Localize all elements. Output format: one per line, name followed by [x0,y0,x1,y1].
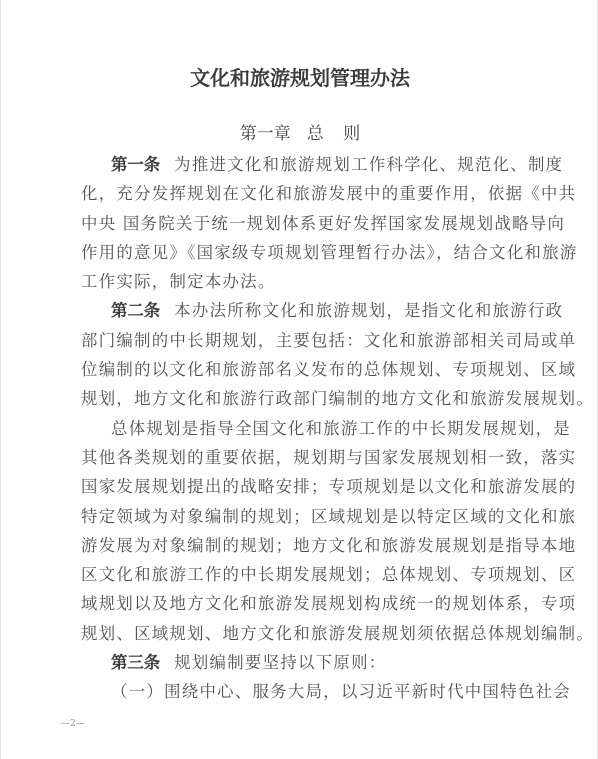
document-page: 文化和旅游规划管理办法 第一章总 则 第一条为推进文化和旅游规划工作科学化、规范… [0,0,598,759]
article-1-line-4: 作用的意见》《国家级专项规划管理暂行办法》，结合文化和旅游 [81,238,505,267]
paragraph-line-3: 国家发展规划提出的战略安排；专项规划是以文化和旅游发展的 [81,472,505,501]
article-1-line-5: 工作实际，制定本办法。 [81,267,505,296]
article-2-line-1: 第二条本办法所称文化和旅游规划，是指文化和旅游行政 [81,296,505,325]
document-body: 第一条为推进文化和旅游规划工作科学化、规范化、制度 化，充分发挥规划在文化和旅游… [81,150,505,707]
page-number: —2— [61,719,85,729]
article-text: 规划编制要坚持以下原则： [174,653,386,672]
article-1-line-2: 化，充分发挥规划在文化和旅游发展中的重要作用，依据《中共 [81,179,505,208]
article-text: 本办法所称文化和旅游规划，是指文化和旅游行政 [174,301,563,320]
paragraph-line-8: 规划、区域规划、地方文化和旅游发展规划须依据总体规划编制。 [81,619,505,648]
paragraph-line-1: 总体规划是指导全国文化和旅游工作的中长期发展规划，是 [81,414,505,443]
article-1-line-1: 第一条为推进文化和旅游规划工作科学化、规范化、制度 [81,150,505,179]
paragraph-line-6: 区文化和旅游工作的中长期发展规划；总体规划、专项规划、区 [81,560,505,589]
chapter-number: 第一章 [240,124,291,144]
article-label: 第二条 [111,301,160,320]
article-3-line-1: 第三条规划编制要坚持以下原则： [81,648,505,677]
article-1-line-3: 中央 国务院关于统一规划体系更好发挥国家发展规划战略导向 [81,209,505,238]
article-2-line-4: 规划，地方文化和旅游行政部门编制的地方文化和旅游发展规划。 [81,384,505,413]
chapter-heading: 第一章总 则 [1,119,598,144]
article-label: 第三条 [111,653,160,672]
paragraph-line-2: 其他各类规划的重要依据，规划期与国家发展规划相一致，落实 [81,443,505,472]
article-2-line-3: 位编制的以文化和旅游部名义发布的总体规划、专项规划、区域 [81,355,505,384]
paragraph-line-5: 游发展为对象编制的规划；地方文化和旅游发展规划是指导本地 [81,531,505,560]
article-label: 第一条 [111,155,160,174]
document-title: 文化和旅游规划管理办法 [1,62,598,91]
chapter-name: 总 则 [307,124,360,144]
article-text: 为推进文化和旅游规划工作科学化、规范化、制度 [174,155,563,174]
paragraph-line-4: 特定领域为对象编制的规划；区域规划是以特定区域的文化和旅 [81,502,505,531]
article-2-line-2: 部门编制的中长期规划，主要包括：文化和旅游部相关司局或单 [81,326,505,355]
principle-1-line-1: （一）围绕中心、服务大局，以习近平新时代中国特色社会 [81,677,505,706]
paragraph-line-7: 域规划以及地方文化和旅游发展规划构成统一的规划体系，专项 [81,589,505,618]
